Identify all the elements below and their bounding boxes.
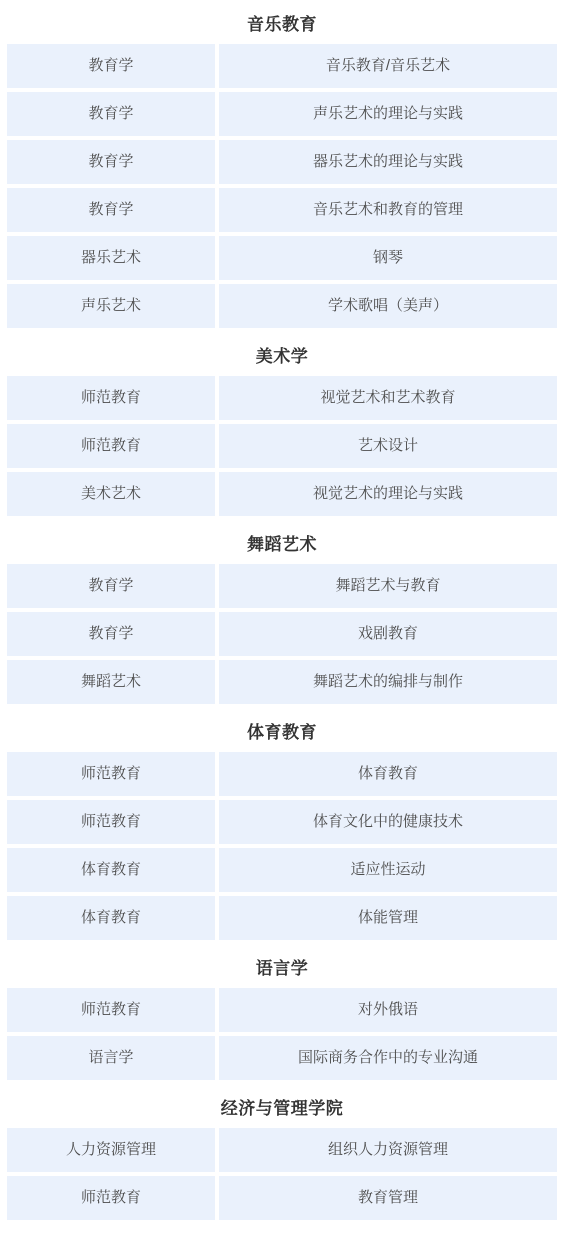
cell-specialization: 教育管理 — [219, 1176, 557, 1220]
table-row: 教育学舞蹈艺术与教育 — [7, 564, 557, 608]
cell-category: 师范教育 — [7, 376, 215, 420]
section-title: 音乐教育 — [7, 0, 557, 44]
cell-category: 师范教育 — [7, 752, 215, 796]
cell-category: 师范教育 — [7, 988, 215, 1032]
cell-specialization: 体育教育 — [219, 752, 557, 796]
cell-category: 师范教育 — [7, 1176, 215, 1220]
cell-category: 教育学 — [7, 612, 215, 656]
cell-category: 师范教育 — [7, 800, 215, 844]
table-row: 体育教育适应性运动 — [7, 848, 557, 892]
cell-specialization: 舞蹈艺术的编排与制作 — [219, 660, 557, 704]
table-row: 师范教育视觉艺术和艺术教育 — [7, 376, 557, 420]
cell-category: 美术艺术 — [7, 472, 215, 516]
cell-category: 器乐艺术 — [7, 236, 215, 280]
cell-specialization: 对外俄语 — [219, 988, 557, 1032]
section-title: 语言学 — [7, 944, 557, 988]
section-title: 体育教育 — [7, 708, 557, 752]
table-row: 声乐艺术学术歌唱（美声） — [7, 284, 557, 328]
table-row: 体育教育体能管理 — [7, 896, 557, 940]
cell-category: 教育学 — [7, 564, 215, 608]
cell-category: 人力资源管理 — [7, 1128, 215, 1172]
cell-specialization: 器乐艺术的理论与实践 — [219, 140, 557, 184]
table-row: 教育学戏剧教育 — [7, 612, 557, 656]
cell-specialization: 组织人力资源管理 — [219, 1128, 557, 1172]
cell-specialization: 国际商务合作中的专业沟通 — [219, 1036, 557, 1080]
table-row: 师范教育体育教育 — [7, 752, 557, 796]
cell-category: 声乐艺术 — [7, 284, 215, 328]
table-row: 语言学国际商务合作中的专业沟通 — [7, 1036, 557, 1080]
section-title: 舞蹈艺术 — [7, 520, 557, 564]
table-row: 教育学器乐艺术的理论与实践 — [7, 140, 557, 184]
programs-table-page: 音乐教育教育学音乐教育/音乐艺术教育学声乐艺术的理论与实践教育学器乐艺术的理论与… — [0, 0, 569, 1239]
cell-category: 体育教育 — [7, 896, 215, 940]
cell-specialization: 戏剧教育 — [219, 612, 557, 656]
cell-specialization: 体能管理 — [219, 896, 557, 940]
cell-category: 语言学 — [7, 1036, 215, 1080]
cell-specialization: 视觉艺术和艺术教育 — [219, 376, 557, 420]
table-row: 教育学音乐艺术和教育的管理 — [7, 188, 557, 232]
cell-specialization: 体育文化中的健康技术 — [219, 800, 557, 844]
cell-specialization: 适应性运动 — [219, 848, 557, 892]
table-row: 教育学声乐艺术的理论与实践 — [7, 92, 557, 136]
cell-specialization: 音乐教育/音乐艺术 — [219, 44, 557, 88]
table-row: 师范教育体育文化中的健康技术 — [7, 800, 557, 844]
cell-category: 教育学 — [7, 44, 215, 88]
table-row: 舞蹈艺术舞蹈艺术的编排与制作 — [7, 660, 557, 704]
section-title: 美术学 — [7, 332, 557, 376]
cell-specialization: 舞蹈艺术与教育 — [219, 564, 557, 608]
cell-category: 教育学 — [7, 140, 215, 184]
sections-container: 音乐教育教育学音乐教育/音乐艺术教育学声乐艺术的理论与实践教育学器乐艺术的理论与… — [7, 0, 557, 1220]
cell-category: 教育学 — [7, 188, 215, 232]
table-row: 师范教育艺术设计 — [7, 424, 557, 468]
cell-category: 师范教育 — [7, 424, 215, 468]
table-row: 美术艺术视觉艺术的理论与实践 — [7, 472, 557, 516]
table-row: 师范教育对外俄语 — [7, 988, 557, 1032]
table-row: 人力资源管理组织人力资源管理 — [7, 1128, 557, 1172]
cell-category: 教育学 — [7, 92, 215, 136]
table-row: 教育学音乐教育/音乐艺术 — [7, 44, 557, 88]
cell-specialization: 艺术设计 — [219, 424, 557, 468]
cell-specialization: 学术歌唱（美声） — [219, 284, 557, 328]
cell-specialization: 音乐艺术和教育的管理 — [219, 188, 557, 232]
cell-specialization: 视觉艺术的理论与实践 — [219, 472, 557, 516]
table-row: 器乐艺术钢琴 — [7, 236, 557, 280]
cell-category: 体育教育 — [7, 848, 215, 892]
cell-category: 舞蹈艺术 — [7, 660, 215, 704]
cell-specialization: 声乐艺术的理论与实践 — [219, 92, 557, 136]
section-title: 经济与管理学院 — [7, 1084, 557, 1128]
table-row: 师范教育教育管理 — [7, 1176, 557, 1220]
cell-specialization: 钢琴 — [219, 236, 557, 280]
